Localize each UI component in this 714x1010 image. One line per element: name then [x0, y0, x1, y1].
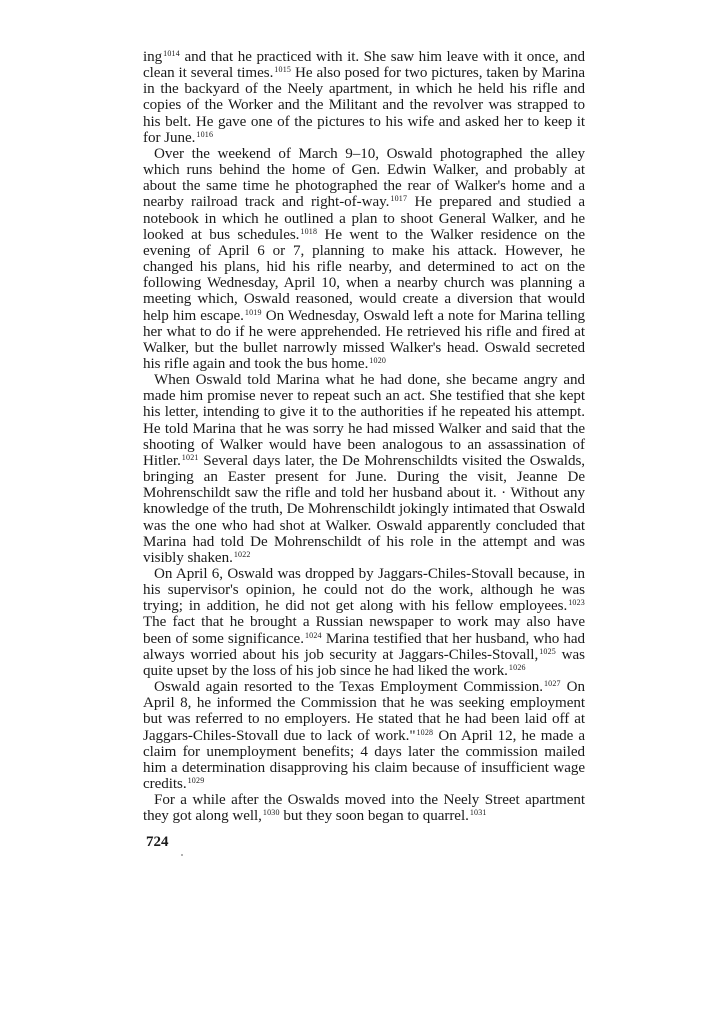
footnote-reference: 1028: [416, 728, 433, 737]
text-run: On April 6, Oswald was dropped by Jaggar…: [143, 566, 585, 614]
paragraph-5: Oswald again resorted to the Texas Emplo…: [143, 679, 585, 792]
footnote-reference: 1024: [305, 631, 322, 640]
text-run: Several days later, the De Mohrenschildt…: [143, 453, 585, 566]
footnote-reference: 1021: [182, 453, 199, 462]
paragraph-3: When Oswald told Marina what he had done…: [143, 372, 585, 566]
footnote-reference: 1030: [263, 808, 280, 817]
footnote-reference: 1025: [539, 647, 556, 656]
footnote-reference: 1019: [245, 308, 262, 317]
paragraph-2: Over the weekend of March 9–10, Oswald p…: [143, 146, 585, 372]
scan-speck: [181, 854, 183, 856]
footnote-reference: 1023: [568, 598, 585, 607]
footnote-reference: 1018: [300, 227, 317, 236]
footnote-reference: 1015: [274, 65, 291, 74]
page-number: 724: [146, 834, 169, 851]
footnote-reference: 1016: [196, 130, 213, 139]
footnote-reference: 1017: [390, 194, 407, 203]
paragraph-4: On April 6, Oswald was dropped by Jaggar…: [143, 566, 585, 679]
footnote-reference: 1029: [188, 776, 205, 785]
footnote-reference: 1026: [509, 663, 526, 672]
paragraph-1: ing1014 and that he practiced with it. S…: [143, 49, 585, 146]
footnote-reference: 1014: [163, 49, 180, 58]
text-run: Oswald again resorted to the Texas Emplo…: [154, 679, 543, 695]
footnote-reference: 1027: [544, 679, 561, 688]
footnote-reference: 1022: [234, 550, 251, 559]
paragraph-6: For a while after the Oswalds moved into…: [143, 792, 585, 824]
footnote-reference: 1031: [470, 808, 487, 817]
footnote-reference: 1020: [369, 356, 386, 365]
text-run: but they soon began to quarrel.: [280, 808, 469, 824]
text-run: ing: [143, 49, 162, 65]
document-page: ing1014 and that he practiced with it. S…: [143, 49, 585, 825]
